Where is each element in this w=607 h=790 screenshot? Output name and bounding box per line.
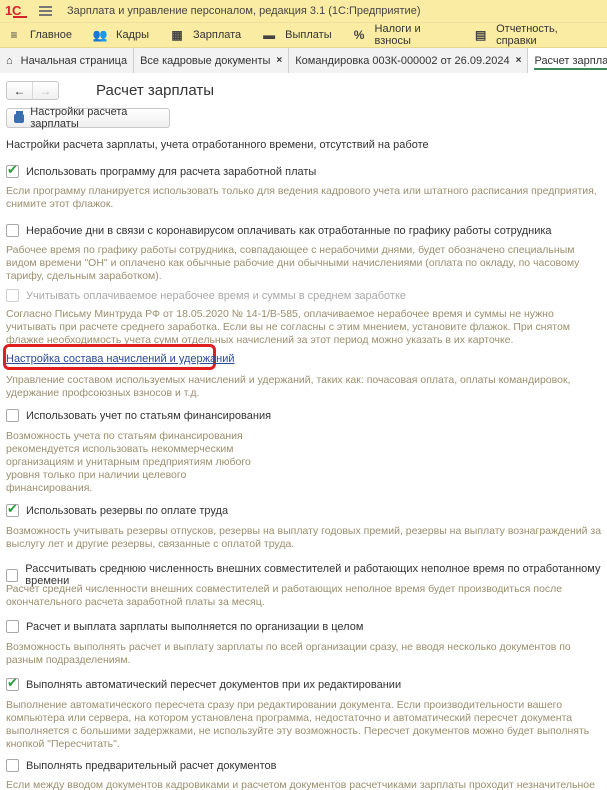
percent-icon: % — [353, 29, 366, 41]
users-icon: 👥 — [93, 29, 107, 41]
title-bar: 1С Зарплата и управление персоналом, ред… — [0, 0, 607, 23]
option-labor-reserves[interactable]: Использовать резервы по оплате труда — [6, 504, 228, 517]
tab-bar: ⌂Начальная страница Все кадровые докумен… — [0, 48, 607, 73]
calculator-icon: ▦ — [170, 29, 184, 41]
accruals-deductions-settings-link[interactable]: Настройка состава начислений и удержаний — [6, 353, 235, 365]
option-whole-organization[interactable]: Расчет и выплата зарплаты выполняется по… — [6, 620, 363, 633]
option-description: Согласно Письму Минтруда РФ от 18.05.202… — [6, 308, 602, 347]
1c-logo-icon[interactable]: 1С — [5, 4, 27, 18]
home-icon: ⌂ — [6, 55, 13, 67]
close-icon[interactable]: × — [516, 55, 522, 66]
sections-panel: ≡Главное 👥Кадры ▦Зарплата ▬Выплаты %Нало… — [0, 23, 607, 48]
option-description: Возможность учета по статьям финансирова… — [6, 430, 256, 495]
reports-icon: ▤ — [474, 29, 487, 41]
checkbox[interactable] — [6, 620, 19, 633]
option-auto-recalculation[interactable]: Выполнять автоматический пересчет докуме… — [6, 678, 401, 691]
option-description: Возможность учитывать резервы отпусков, … — [6, 525, 602, 551]
option-description: Выполнение автоматического пересчета сра… — [6, 699, 602, 751]
close-icon[interactable]: × — [276, 55, 282, 66]
checkbox[interactable] — [6, 569, 18, 582]
checkbox-checked[interactable] — [6, 165, 19, 178]
printer-icon — [14, 114, 24, 123]
section-main[interactable]: ≡Главное — [7, 29, 72, 41]
checkbox[interactable] — [6, 759, 19, 772]
page-title: Расчет зарплаты — [96, 82, 214, 99]
history-nav: ← → — [6, 81, 59, 100]
checkbox-disabled — [6, 289, 19, 302]
tab-all-hr-documents[interactable]: Все кадровые документы× — [134, 48, 289, 73]
option-covid-days[interactable]: Нерабочие дни в связи с коронавирусом оп… — [6, 224, 552, 237]
checkbox-checked[interactable] — [6, 678, 19, 691]
back-arrow-icon[interactable]: ← — [7, 82, 33, 99]
section-reports[interactable]: ▤Отчетность, справки — [474, 23, 593, 47]
forward-arrow-icon[interactable]: → — [33, 82, 58, 99]
checkbox[interactable] — [6, 224, 19, 237]
option-description: Возможность выполнять расчет и выплату з… — [6, 641, 602, 667]
tab-salary-calculation[interactable]: Расчет зарплаты× — [528, 48, 607, 73]
card-icon: ▬ — [262, 29, 276, 41]
hamburger-icon[interactable] — [39, 6, 52, 16]
section-taxes[interactable]: %Налоги и взносы — [353, 23, 454, 47]
option-description: Если программу планируется использовать … — [6, 185, 602, 211]
salary-settings-button[interactable]: Настройки расчета зарплаты — [6, 108, 170, 128]
section-hr[interactable]: 👥Кадры — [93, 29, 149, 41]
link-description: Управление составом используемых начисле… — [6, 374, 602, 400]
checkbox-checked[interactable] — [6, 504, 19, 517]
tab-home[interactable]: ⌂Начальная страница — [0, 48, 134, 73]
section-payments[interactable]: ▬Выплаты — [262, 29, 331, 41]
option-description: Рабочее время по графику работы сотрудни… — [6, 244, 602, 283]
section-heading: Настройки расчета зарплаты, учета отрабо… — [6, 139, 429, 151]
checkbox[interactable] — [6, 409, 19, 422]
option-average-earnings: Учитывать оплачиваемое нерабочее время и… — [6, 289, 406, 302]
tab-business-trip[interactable]: Командировка 003К-000002 от 26.09.2024× — [289, 48, 528, 73]
option-preliminary-calculation[interactable]: Выполнять предварительный расчет докумен… — [6, 759, 277, 772]
list-icon: ≡ — [7, 29, 21, 41]
option-financing-items[interactable]: Использовать учет по статьям финансирова… — [6, 409, 271, 422]
option-description: Если между вводом документов кадровиками… — [6, 779, 602, 790]
app-title: Зарплата и управление персоналом, редакц… — [67, 5, 420, 17]
option-description: Расчет средней численности внешних совме… — [6, 583, 602, 609]
section-salary[interactable]: ▦Зарплата — [170, 29, 241, 41]
option-use-payroll[interactable]: Использовать программу для расчета зараб… — [6, 165, 316, 178]
